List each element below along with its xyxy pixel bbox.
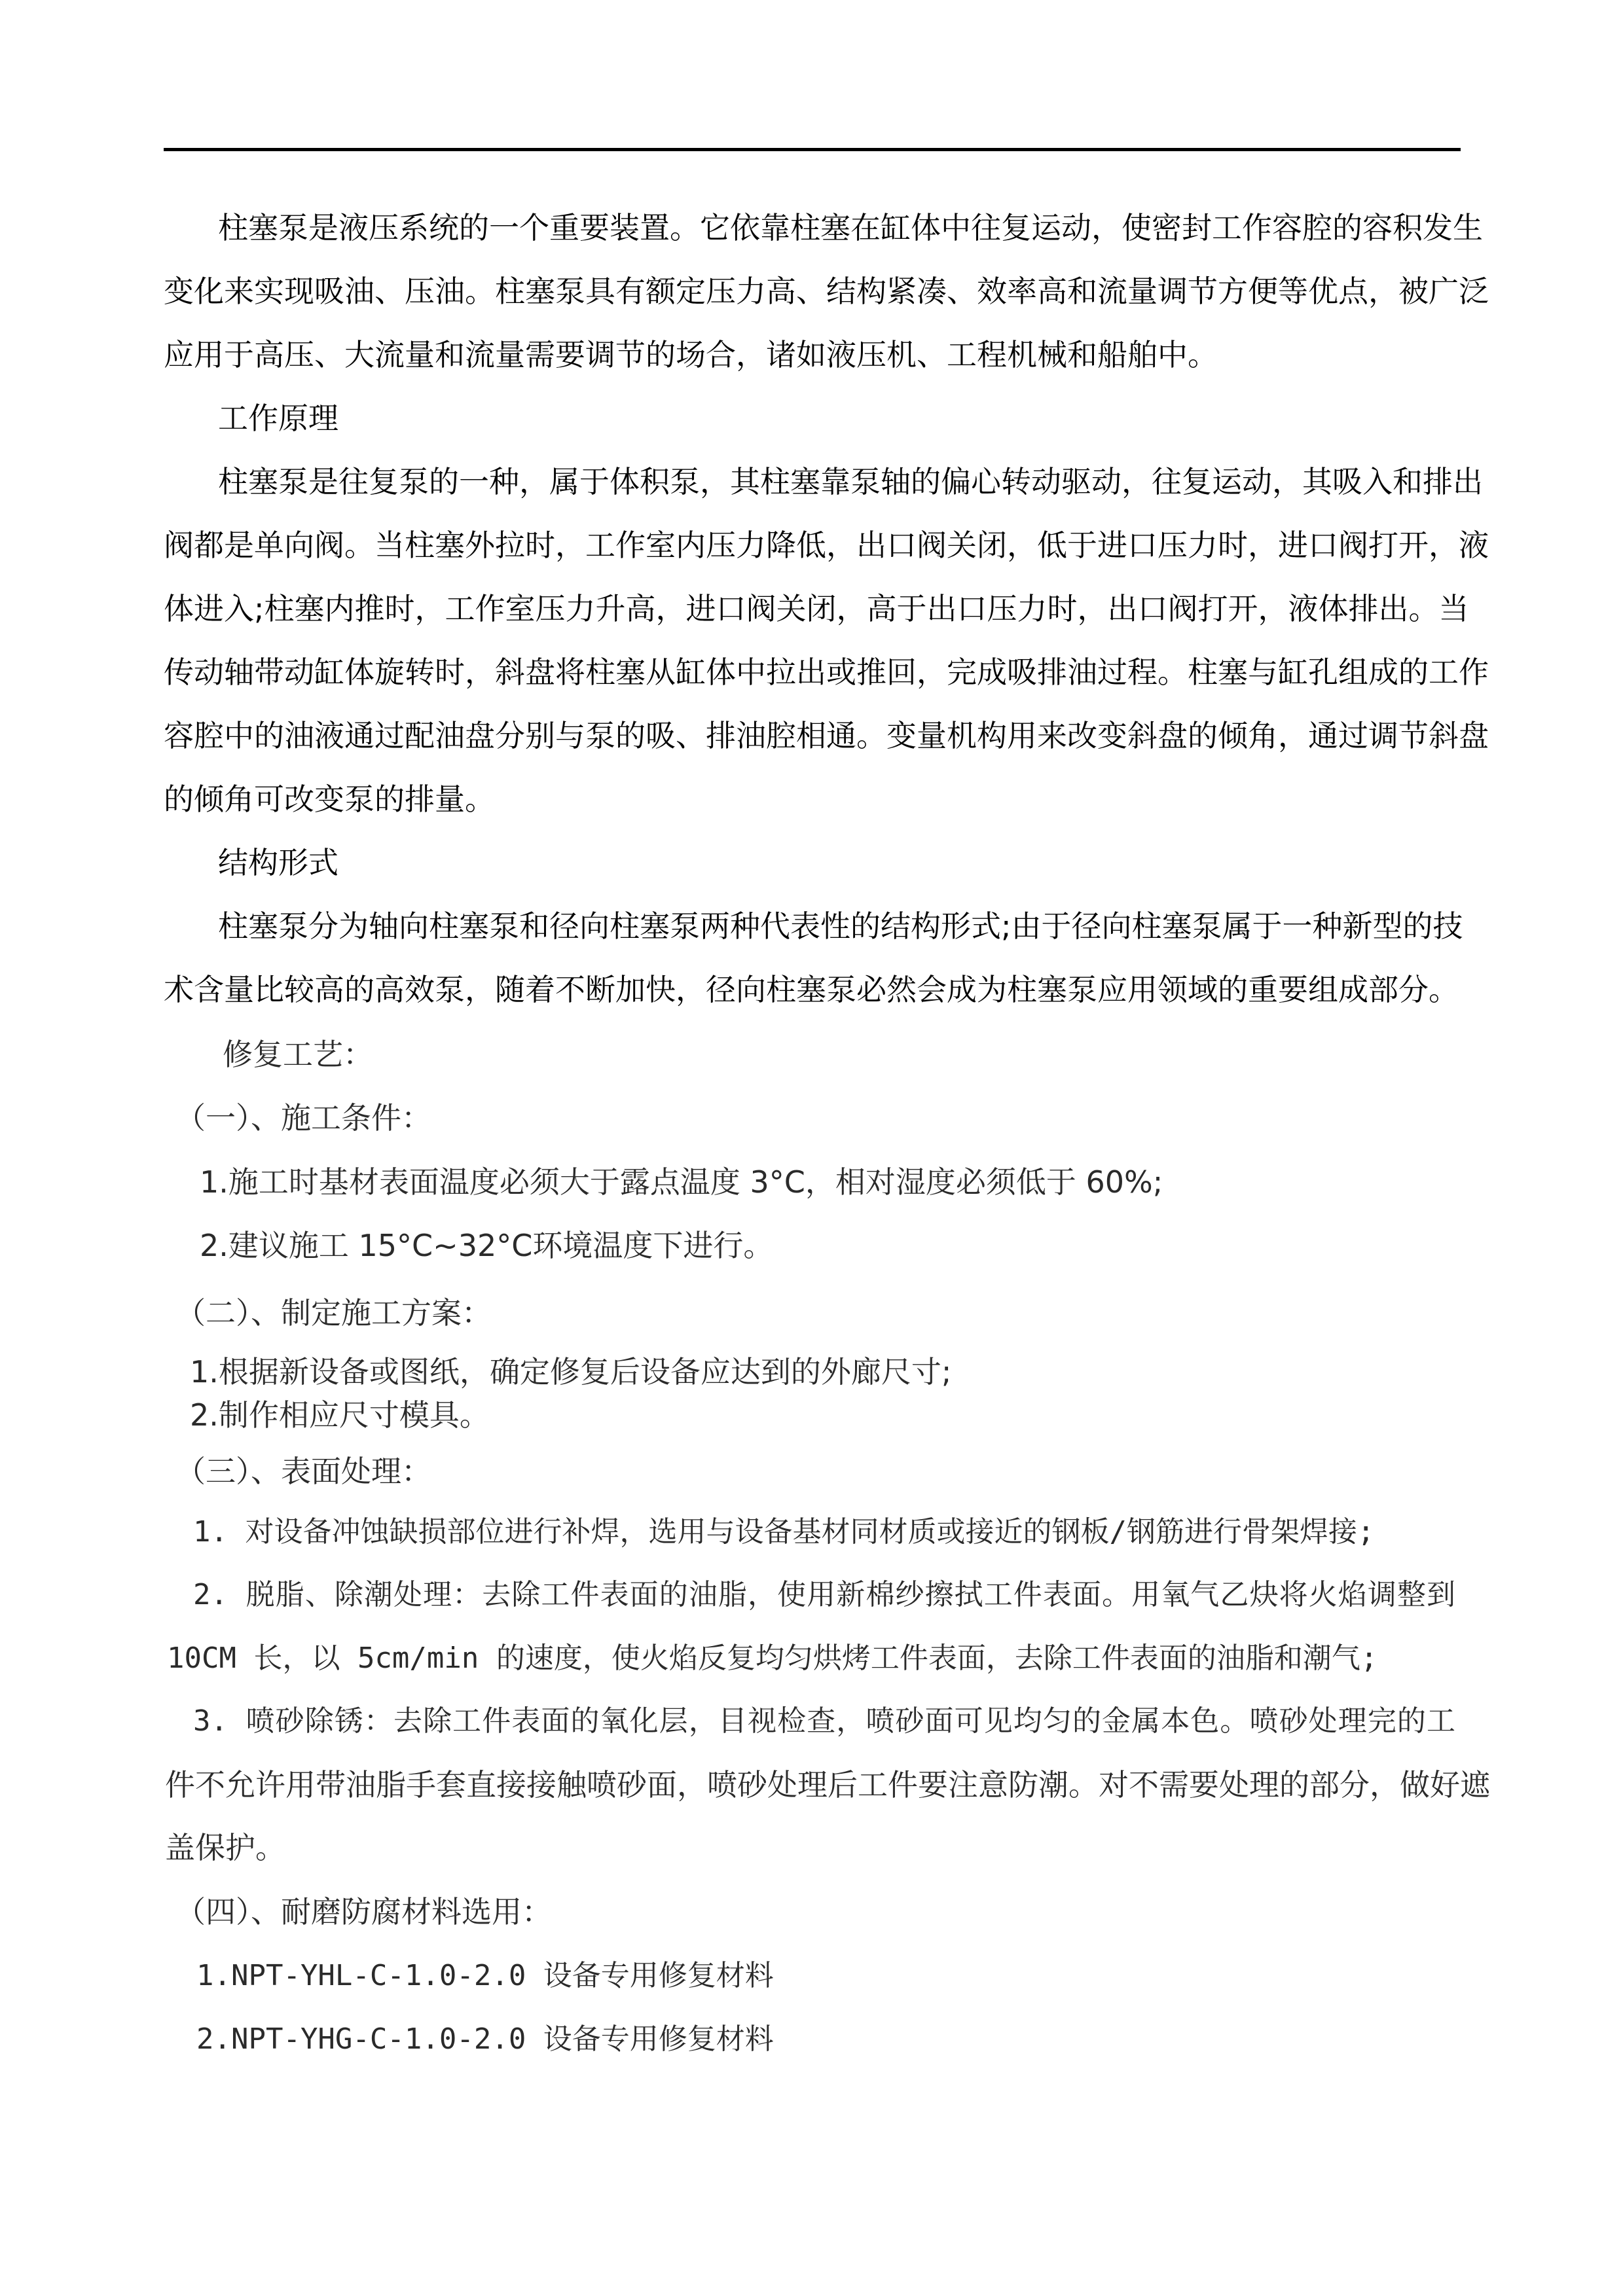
part1-heading: （一）、施工条件： [175, 1102, 431, 1134]
principle-line-2: 阀都是单向阀。当柱塞外拉时，工作室内压力降低，出口阀关闭，低于进口压力时，进口阀… [164, 529, 1455, 562]
part3-line-6: 盖保护。 [165, 1831, 285, 1864]
intro-line-3: 应用于高压、大流量和流量需要调节的场合，诸如液压机、工程机械和船舶中。 [164, 338, 1218, 371]
part1-item-2: 2.建议施工 15°C~32°C环境温度下进行。 [200, 1229, 773, 1262]
structure-line-2: 术含量比较高的高效泵，随着不断加快，径向柱塞泵必然会成为柱塞泵应用领域的重要组成… [164, 973, 1459, 1006]
heading-principle: 工作原理 [218, 402, 338, 435]
part3-line-1: 1. 对设备冲蚀缺损部位进行补焊，选用与设备基材同材质或接近的钢板/钢筋进行骨架… [193, 1516, 1374, 1549]
part2-item-1: 1.根据新设备或图纸，确定修复后设备应达到的外廊尺寸; [190, 1355, 951, 1388]
structure-line-1: 柱塞泵分为轴向柱塞泵和径向柱塞泵两种代表性的结构形式;由于径向柱塞泵属于一种新型… [218, 910, 1455, 942]
heading-structure: 结构形式 [218, 846, 338, 879]
part3-line-5: 件不允许用带油脂手套直接接触喷砂面，喷砂处理后工件要注意防潮。对不需要处理的部分… [165, 1768, 1455, 1801]
intro-line-1: 柱塞泵是液压系统的一个重要装置。它依靠柱塞在缸体中往复运动，使密封工作容腔的容积… [218, 211, 1455, 244]
part3-line-2: 2. 脱脂、除潮处理：去除工件表面的油脂，使用新棉纱擦拭工件表面。用氧气乙炔将火… [193, 1579, 1455, 1611]
part4-item-2: 2.NPT-YHG-C-1.0-2.0 设备专用修复材料 [196, 2023, 774, 2056]
header-rule [164, 148, 1461, 151]
principle-line-4: 传动轴带动缸体旋转时，斜盘将柱塞从缸体中拉出或推回，完成吸排油过程。柱塞与缸孔组… [164, 656, 1455, 689]
principle-line-5: 容腔中的油液通过配油盘分别与泵的吸、排油腔相通。变量机构用来改变斜盘的倾角，通过… [164, 719, 1455, 752]
part4-heading: （四）、耐磨防腐材料选用： [175, 1895, 552, 1928]
principle-line-3: 体进入;柱塞内推时，工作室压力升高，进口阀关闭，高于出口压力时，出口阀打开，液体… [164, 592, 1455, 625]
part4-item-1: 1.NPT-YHL-C-1.0-2.0 设备专用修复材料 [196, 1960, 774, 1992]
part3-line-3: 10CM 长，以 5cm/min 的速度，使火焰反复均匀烘烤工件表面，去除工件表… [167, 1642, 1377, 1675]
heading-repair: 修复工艺： [223, 1038, 373, 1071]
part3-heading: （三）、表面处理： [175, 1455, 431, 1488]
intro-line-2: 变化来实现吸油、压油。柱塞泵具有额定压力高、结构紧凑、效率高和流量调节方便等优点… [164, 275, 1455, 308]
part1-item-1: 1.施工时基材表面温度必须大于露点温度 3°C，相对湿度必须低于 60%; [200, 1166, 1163, 1198]
principle-line-6: 的倾角可改变泵的排量。 [164, 783, 495, 816]
part2-item-2: 2.制作相应尺寸模具。 [190, 1399, 490, 1431]
principle-line-1: 柱塞泵是往复泵的一种，属于体积泵，其柱塞靠泵轴的偏心转动驱动，往复运动，其吸入和… [218, 465, 1455, 498]
part3-line-4: 3. 喷砂除锈：去除工件表面的氧化层，目视检查，喷砂面可见均匀的金属本色。喷砂处… [193, 1705, 1455, 1738]
part2-heading: （二）、制定施工方案： [175, 1297, 492, 1329]
